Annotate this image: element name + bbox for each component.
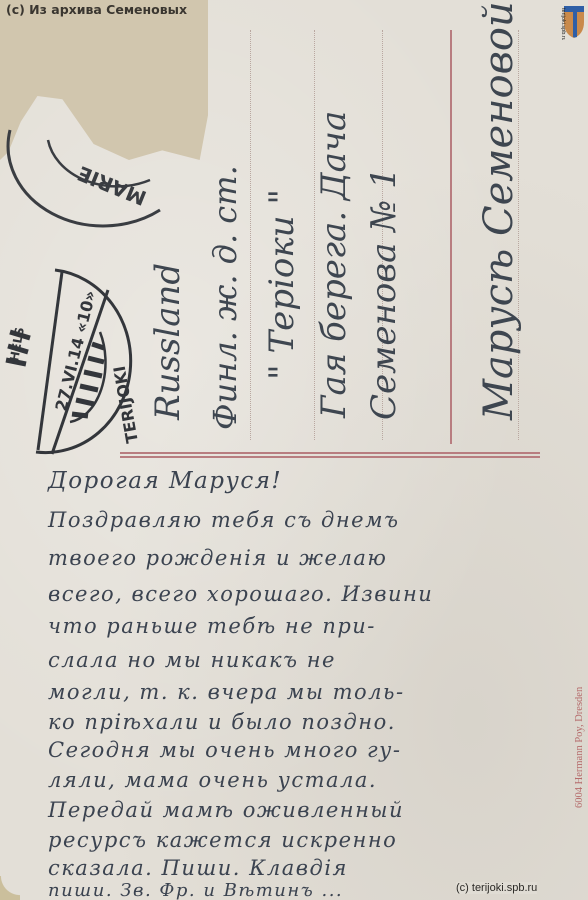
postcard-back: MARIE 27.VI.14 «10» TERIJOKI HELS Russla… bbox=[0, 0, 588, 900]
letter-salutation: Дорогая Маруся! bbox=[48, 468, 282, 494]
letter-line: могли, т. к. вчера мы толь- bbox=[48, 680, 405, 704]
divider-horizontal-red-1 bbox=[120, 452, 540, 454]
address-line-railway: Финл. ж. д. ст. bbox=[206, 165, 244, 430]
svg-text:MARIE: MARIE bbox=[74, 161, 150, 210]
postmark-upper: MARIE bbox=[0, 110, 200, 240]
svg-text:terijoki.spb.ru: terijoki.spb.ru bbox=[560, 8, 566, 40]
publisher-imprint: 6004 Hermann Poy, Dresden bbox=[574, 687, 585, 808]
letter-line: Поздравляю тебя съ днемъ bbox=[48, 508, 400, 532]
terijoki-logo-icon: terijoki.spb.ru bbox=[556, 4, 586, 40]
svg-text:HELS: HELS bbox=[7, 326, 27, 362]
letter-line: что раньше тебѣ не при- bbox=[48, 614, 376, 638]
letter-line: ресурсъ кажется искренно bbox=[48, 828, 397, 852]
corner-wear bbox=[0, 876, 20, 900]
letter-line: Сегодня мы очень много гу- bbox=[48, 738, 401, 762]
divider-vertical-red bbox=[450, 30, 452, 444]
letter-line: всего, всего хорошаго. Извини bbox=[48, 582, 433, 606]
address-line-country: Russland bbox=[148, 263, 188, 420]
divider-horizontal-red-2 bbox=[120, 456, 540, 458]
letter-line: твоего рожденiя и желаю bbox=[48, 546, 387, 570]
archive-watermark: (c) Из архива Семеновых bbox=[6, 2, 187, 17]
letter-line: ляли, мама очень устала. bbox=[48, 768, 377, 792]
letter-line: пиши. Зв. Фр. и Вѣтинъ ... bbox=[48, 880, 343, 900]
letter-line: Передай мамѣ оживленный bbox=[48, 798, 404, 822]
postmark-terijoki: 27.VI.14 «10» TERIJOKI HELS bbox=[0, 262, 170, 462]
letter-line: слала но мы никакъ не bbox=[48, 648, 336, 672]
address-line-station: " Терiоки " bbox=[262, 189, 302, 380]
address-guide-1 bbox=[250, 30, 251, 440]
svg-text:TERIJOKI: TERIJOKI bbox=[110, 364, 142, 444]
address-recipient: Марусѣ Семеновой bbox=[476, 1, 522, 420]
site-watermark: (c) terijoki.spb.ru bbox=[456, 882, 537, 894]
address-line-shore: Гая берега. Дача bbox=[314, 111, 354, 418]
address-line-dacha: Семенова № 1 bbox=[364, 167, 404, 420]
letter-line: ко прiѣхали и было поздно. bbox=[48, 710, 396, 734]
letter-line: сказала. Пиши. Клавдiя bbox=[48, 856, 348, 880]
